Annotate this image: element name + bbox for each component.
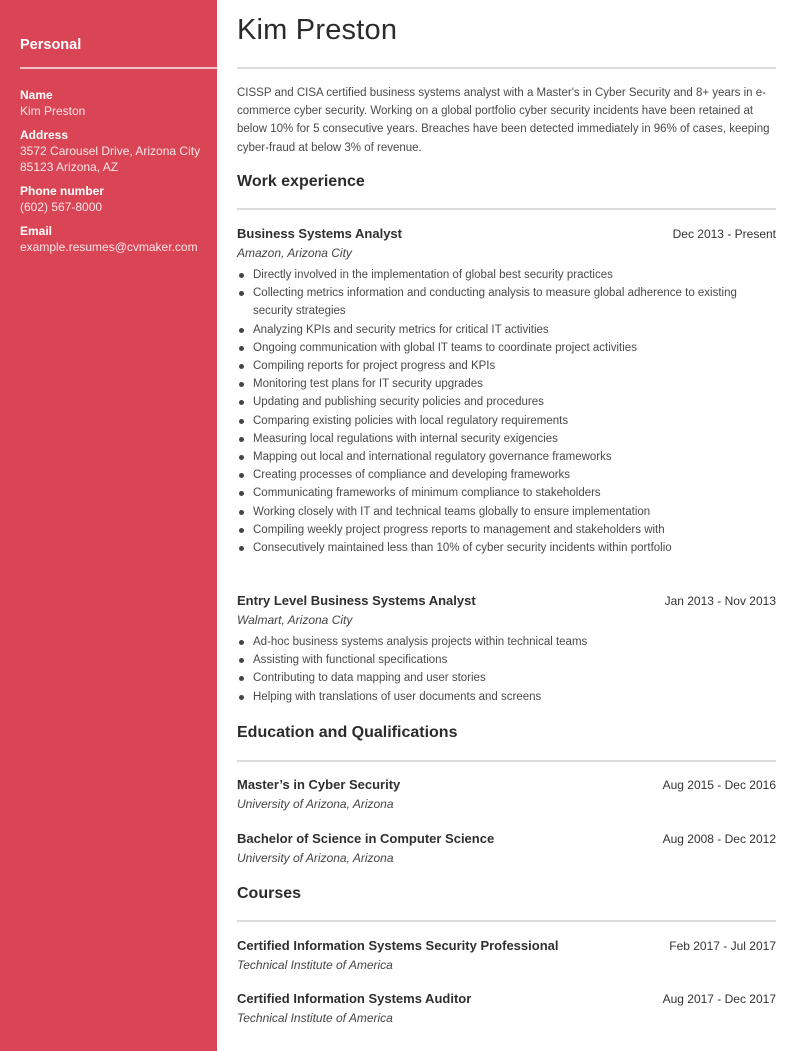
institution: University of Arizona, Arizona [237, 796, 776, 812]
duty-item: Working closely with IT and technical te… [237, 503, 776, 521]
duty-item: Communicating frameworks of minimum comp… [237, 484, 776, 502]
education-entry: Bachelor of Science in Computer Science … [237, 831, 776, 866]
employer: Walmart, Arizona City [237, 612, 776, 628]
duty-item: Contributing to data mapping and user st… [237, 669, 776, 687]
duty-item: Monitoring test plans for IT security up… [237, 375, 776, 393]
course-title: Certified Information Systems Auditor [237, 991, 471, 1006]
field-value: 3572 Carousel Drive, Arizona City [20, 143, 210, 159]
education-entry: Master’s in Cyber Security Aug 2015 - De… [237, 777, 776, 812]
duty-item: Helping with translations of user docume… [237, 688, 776, 706]
employer: Amazon, Arizona City [237, 245, 776, 261]
duty-item: Consecutively maintained less than 10% o… [237, 539, 776, 557]
degree-dates: Aug 2015 - Dec 2016 [663, 778, 776, 792]
job-title: Business Systems Analyst [237, 226, 402, 241]
job-dates: Jan 2013 - Nov 2013 [665, 594, 776, 608]
duty-item: Creating processes of compliance and dev… [237, 466, 776, 484]
course-entry: Certified Information Systems Security P… [237, 938, 776, 973]
field-address: Address 3572 Carousel Drive, Arizona Cit… [20, 127, 210, 175]
course-entry: Certified Information Systems Auditor Au… [237, 991, 776, 1026]
course-dates: Aug 2017 - Dec 2017 [663, 992, 776, 1006]
work-entry: Entry Level Business Systems Analyst Jan… [237, 593, 776, 706]
duty-item: Updating and publishing security policie… [237, 393, 776, 411]
field-value: 85123 Arizona, AZ [20, 159, 210, 175]
courses-section-title: Courses [237, 885, 301, 903]
field-email: Email example.resumes@cvmaker.com [20, 223, 210, 255]
field-phone: Phone number (602) 567-8000 [20, 183, 210, 215]
field-label: Name [20, 87, 210, 103]
institution: University of Arizona, Arizona [237, 850, 776, 866]
course-title: Certified Information Systems Security P… [237, 938, 558, 953]
personal-sidebar: Personal Name Kim Preston Address 3572 C… [0, 0, 217, 1051]
degree-title: Master’s in Cyber Security [237, 777, 400, 792]
field-label: Address [20, 127, 210, 143]
field-label: Phone number [20, 183, 210, 199]
field-value: example.resumes@cvmaker.com [20, 239, 210, 255]
course-dates: Feb 2017 - Jul 2017 [669, 939, 776, 953]
duty-item: Comparing existing policies with local r… [237, 412, 776, 430]
duty-item: Mapping out local and international regu… [237, 448, 776, 466]
header-divider [237, 67, 776, 69]
job-duties: Ad-hoc business systems analysis project… [237, 633, 776, 706]
education-section-title: Education and Qualifications [237, 724, 457, 742]
field-name: Name Kim Preston [20, 87, 210, 119]
degree-dates: Aug 2008 - Dec 2012 [663, 832, 776, 846]
field-label: Email [20, 223, 210, 239]
field-value: (602) 567-8000 [20, 199, 210, 215]
field-value: Kim Preston [20, 103, 210, 119]
personal-section-title: Personal [20, 37, 81, 53]
degree-title: Bachelor of Science in Computer Science [237, 831, 494, 846]
work-entry: Business Systems Analyst Dec 2013 - Pres… [237, 226, 776, 557]
duty-item: Collecting metrics information and condu… [237, 284, 776, 320]
job-duties: Directly involved in the implementation … [237, 266, 776, 557]
courses-divider [237, 920, 776, 922]
duty-item: Measuring local regulations with interna… [237, 430, 776, 448]
work-divider [237, 208, 776, 210]
candidate-name: Kim Preston [237, 14, 397, 47]
work-section-title: Work experience [237, 173, 365, 191]
course-provider: Technical Institute of America [237, 1010, 776, 1026]
duty-item: Compiling weekly project progress report… [237, 521, 776, 539]
duty-item: Assisting with functional specifications [237, 651, 776, 669]
duty-item: Compiling reports for project progress a… [237, 357, 776, 375]
education-divider [237, 760, 776, 762]
course-provider: Technical Institute of America [237, 957, 776, 973]
duty-item: Ad-hoc business systems analysis project… [237, 633, 776, 651]
duty-item: Analyzing KPIs and security metrics for … [237, 321, 776, 339]
personal-divider [20, 67, 217, 69]
job-title: Entry Level Business Systems Analyst [237, 593, 476, 608]
job-dates: Dec 2013 - Present [673, 227, 776, 241]
duty-item: Directly involved in the implementation … [237, 266, 776, 284]
personal-fields: Name Kim Preston Address 3572 Carousel D… [20, 87, 210, 263]
profile-summary: CISSP and CISA certified business system… [237, 84, 776, 157]
duty-item: Ongoing communication with global IT tea… [237, 339, 776, 357]
